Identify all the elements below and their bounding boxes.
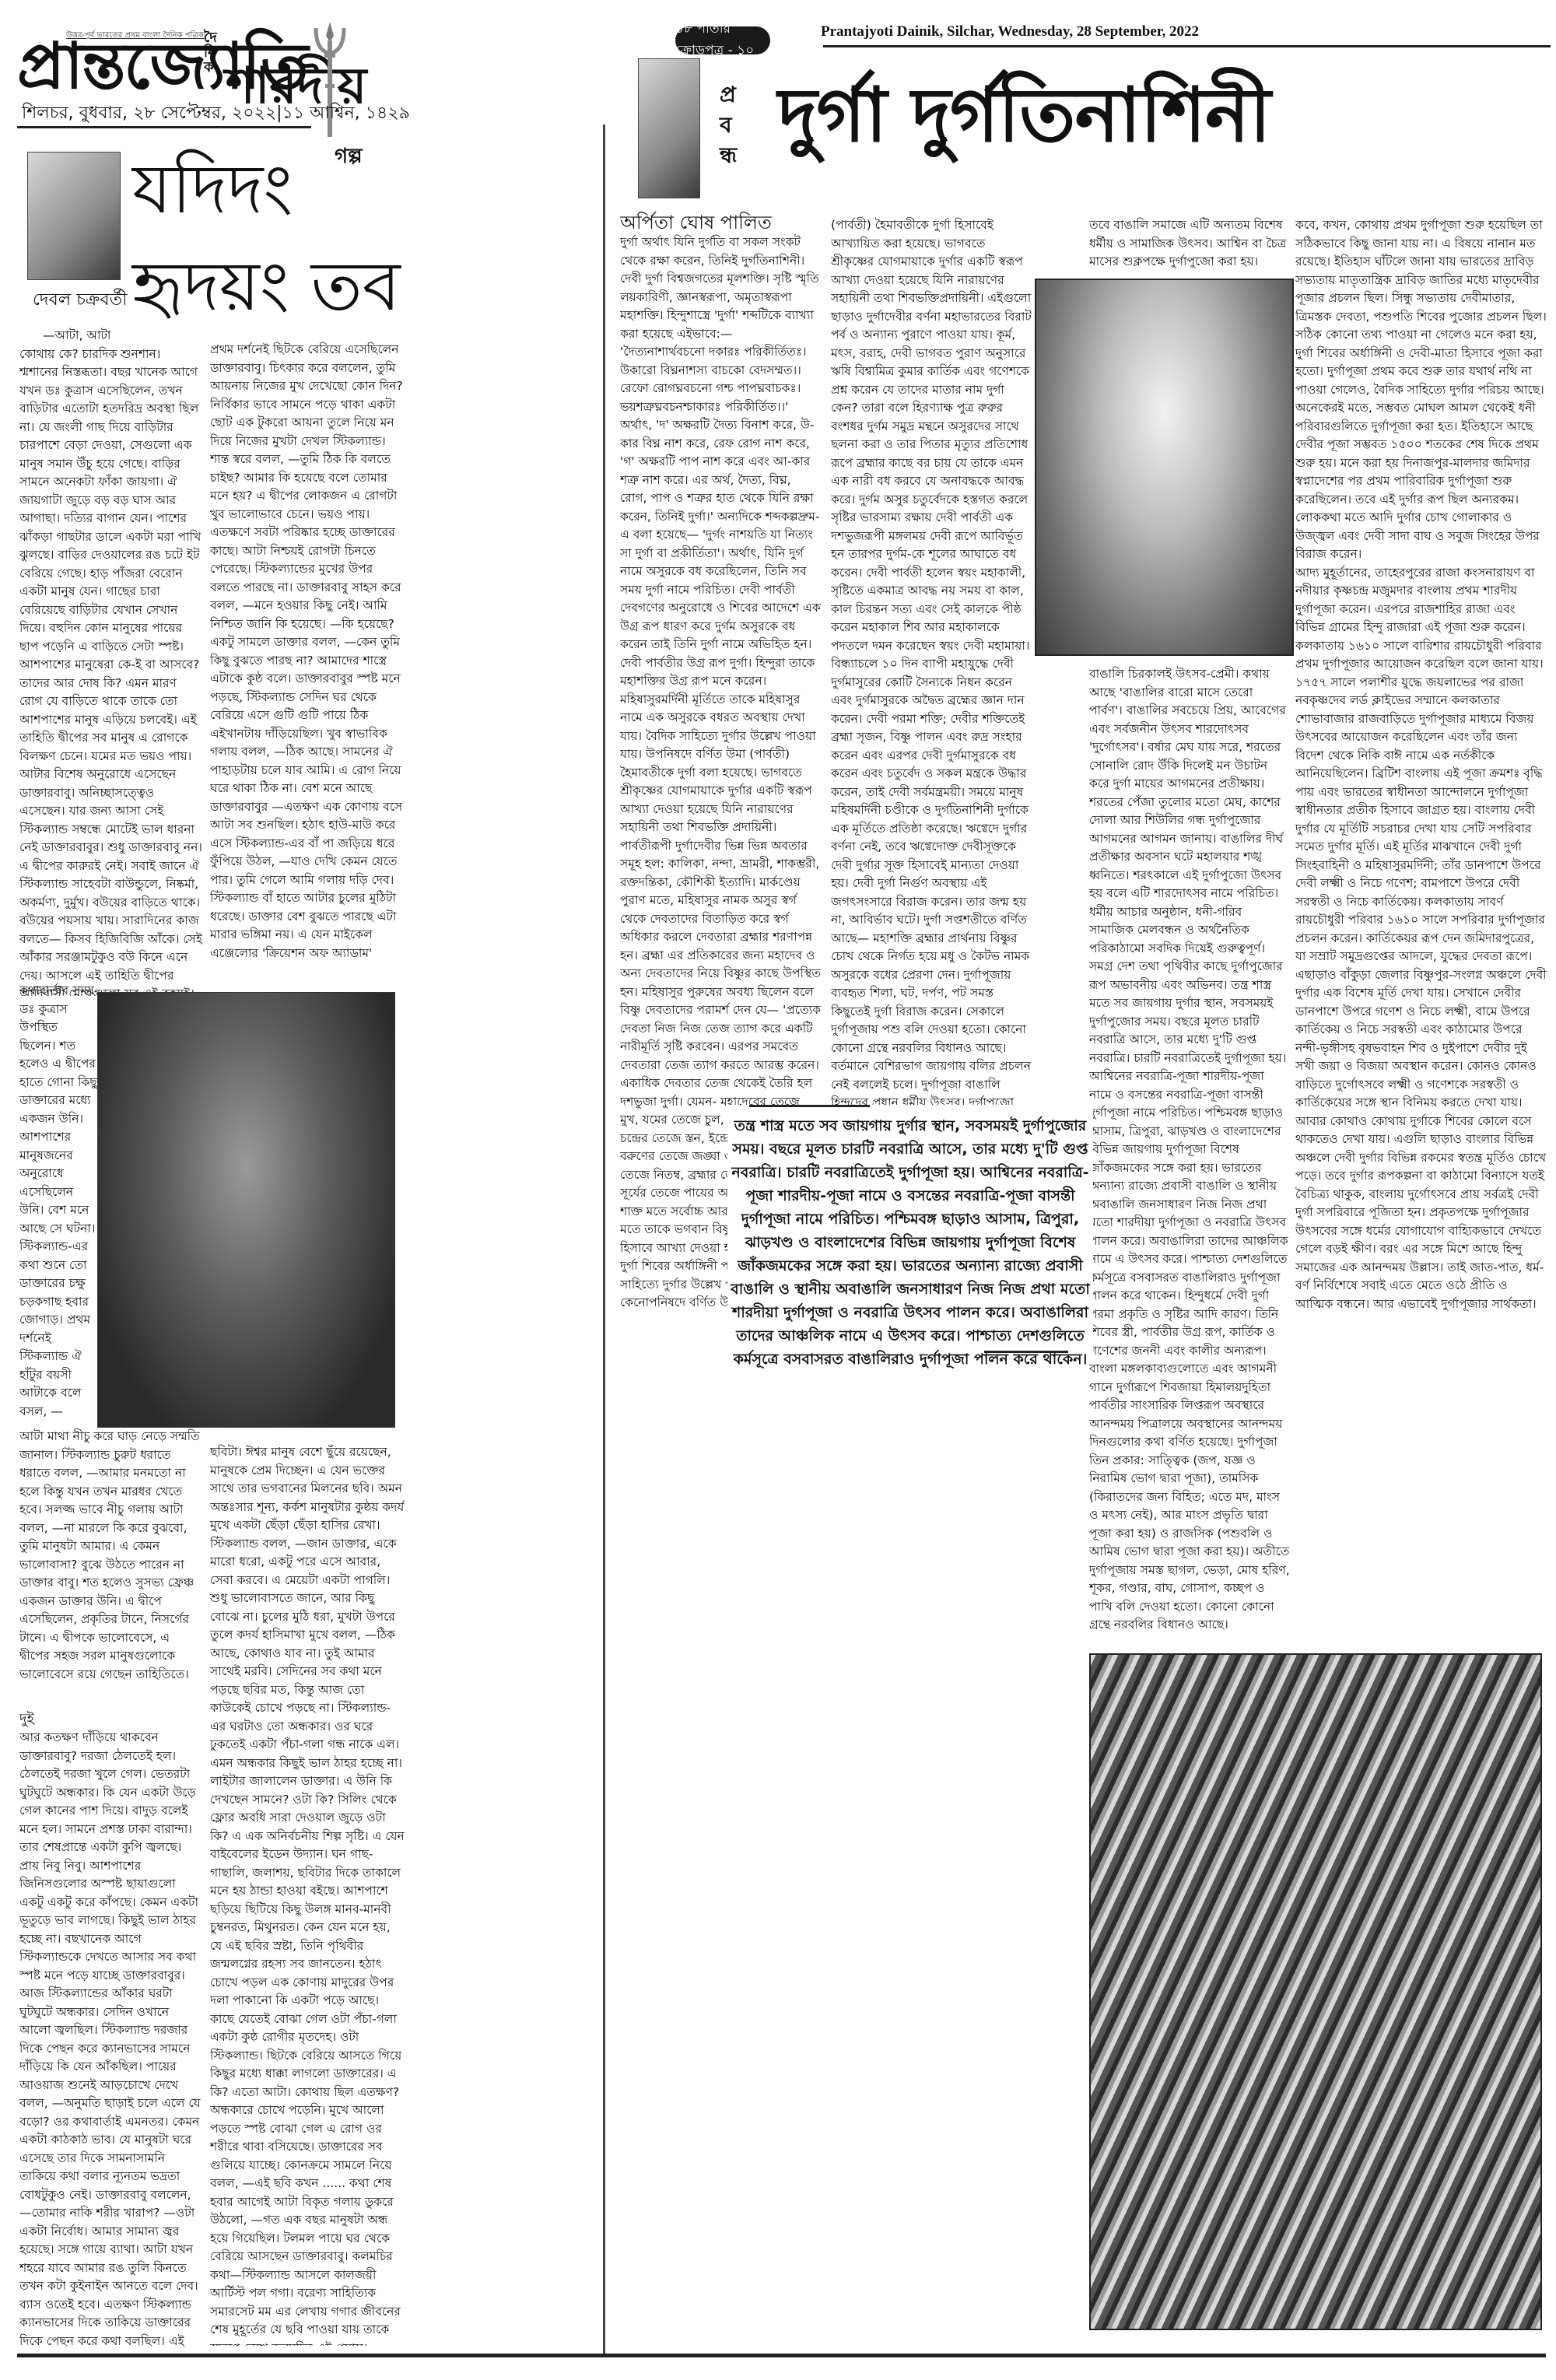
story-title-line2: হৃদয়ং তব (132, 249, 401, 324)
masthead-date: শিলচর, বুধবার, ২৮ সেপ্টেম্বর, ২০২২|১১ আশ… (22, 100, 410, 128)
story-genre-label: গল্প (335, 140, 363, 174)
page-badge-label: ১৮ পাতার ক্রোড়পত্র - ১০ (675, 19, 770, 62)
story-paragraph: কোথায় কে? চারদিক শুনশান। শ্মশানের নিস্ত… (19, 345, 202, 766)
essay-paragraph: আদ্য মুহূর্তানের, তাহেরপুরের রাজা কংসনার… (1295, 564, 1548, 1314)
story-paragraph: —আটা, আটা (19, 327, 202, 345)
story-column-1-part2: আর কতক্ষণ দাঁড়িয়ে থাকবেন ডাক্তারবাবু? … (19, 1729, 202, 2347)
dainik-vertical-label: দৈ নি ক (204, 31, 217, 75)
essay-bottom-rule (605, 2354, 1546, 2357)
dateline-rule (823, 45, 1551, 47)
essay-author-photo (638, 58, 700, 198)
pullquote-text: তন্ত্র শাস্ত্র মতে সব জায়গায় দুর্গার স… (727, 1105, 1093, 1380)
story-column-1-top: —আটা, আটা কোথায় কে? চারদিক শুনশান। শ্মশ… (19, 327, 202, 996)
essay-title: দুর্গা দুর্গতিনাশিনী (778, 78, 1270, 152)
section-divider (603, 124, 605, 2357)
essay-label-char: ব (720, 110, 737, 140)
essay-column-3-top: তবে বাঙালি সমাজে এটি অন্যতম বিশেষ ধর্মীয… (1089, 216, 1290, 272)
kash-grass-painting-image (1089, 1653, 1542, 2330)
english-dateline: Prantajyoti Dainik, Silchar, Wednesday, … (821, 23, 1199, 40)
pullquote-bottom-rule (984, 1351, 1068, 1353)
essay-genre-label-vertical: প্র ব ন্ধ (720, 79, 737, 171)
pullquote-top-rule (749, 1105, 870, 1107)
page-badge: ১৮ পাতার ক্রোড়পত্র - ১০ (675, 26, 770, 54)
story-painting-image (97, 992, 395, 1428)
story-bottom-rule (17, 2354, 605, 2357)
story-author-photo (27, 152, 121, 280)
story-author-name: দেবল চক্রবর্তী (33, 286, 127, 315)
story-column-2-top: প্রথম দর্শনেই ছিটকে বেরিয়ে এসেছিলেন ডাক… (210, 341, 405, 990)
story-column-2-bottom: ছবিটা। ঈশ্বর মানুষ বেশে ছুঁয়ে রয়েছেন, … (210, 1443, 405, 2346)
pullquote-box: তন্ত্র শাস্ত্র মতে সব জায়গায় দুর্গার স… (727, 1105, 1093, 1362)
story-column-1-bottom: আটা মাথা নীচু করে ঘাড় নেড়ে সম্মতি জানা… (19, 1428, 202, 1692)
story-column-1-narrow: কথাবার্তার সময় ডঃ কুত্রাস উপস্থিত ছিলেন… (19, 982, 97, 1421)
dainik-char: নি (204, 46, 217, 61)
essay-label-char: প্র (720, 79, 737, 110)
durga-idol-image (1035, 279, 1294, 656)
story-title-line1: যদিদং (132, 152, 293, 227)
essay-label-char: ন্ধ (720, 140, 737, 170)
essay-paragraph: কবে, কখন, কোথায় প্রথম দুর্গাপূজা শুরু হ… (1295, 216, 1548, 564)
story-paragraph: আটার বিশেষ অনুরোধে এসেছেন ডাক্তারবাবু। অ… (19, 766, 202, 996)
masthead-rule (17, 126, 311, 128)
dainik-char: ক (204, 61, 217, 75)
